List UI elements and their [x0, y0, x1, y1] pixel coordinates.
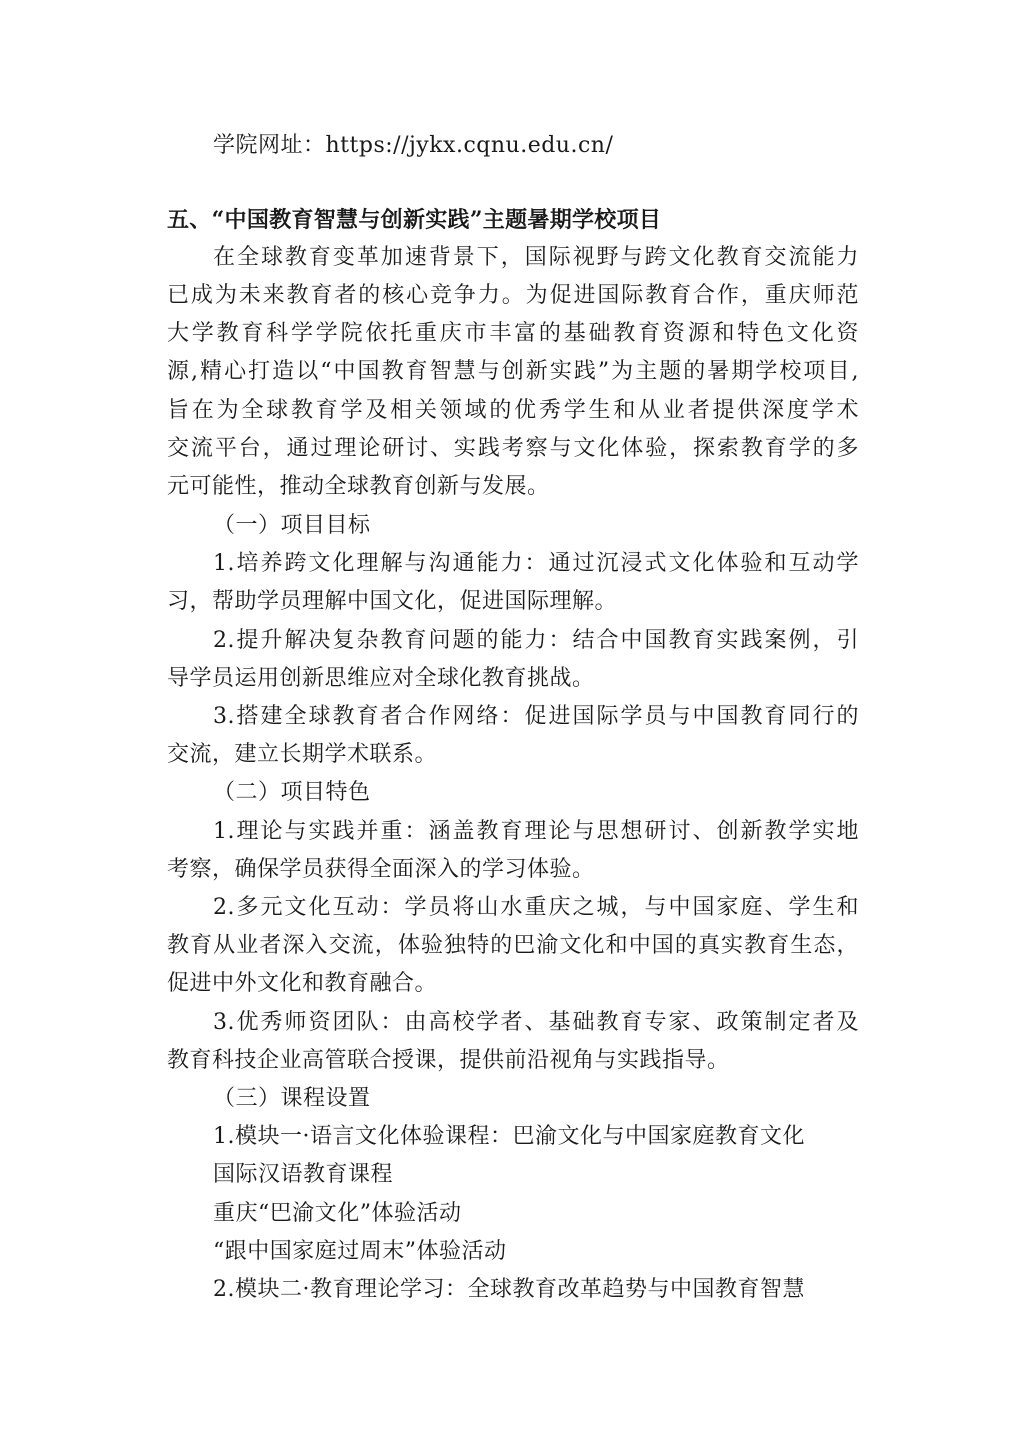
feature-item-3-line1: 3.优秀师资团队：由高校学者、基础教育专家、政策制定者及 [213, 1008, 859, 1038]
intro-line: 旨在为全球教育学及相关领域的优秀学生和从业者提供深度学术 [167, 396, 859, 426]
feature-item-1-line1: 1.理论与实践并重：涵盖教育理论与思想研讨、创新教学实地 [213, 817, 859, 847]
goal-item-1-line2: 习，帮助学员理解中国文化，促进国际理解。 [167, 587, 867, 617]
features-heading: （二）项目特色 [213, 778, 913, 808]
module-1-item: 国际汉语教育课程 [213, 1160, 913, 1190]
goal-item-3-line1: 3.搭建全球教育者合作网络：促进国际学员与中国教育同行的 [213, 702, 859, 732]
goal-item-3-line2: 交流，建立长期学术联系。 [167, 740, 867, 770]
goal-item-1-line1: 1.培养跨文化理解与沟通能力：通过沉浸式文化体验和互动学 [213, 549, 859, 579]
goals-heading: （一）项目目标 [213, 511, 913, 541]
intro-line: 交流平台，通过理论研讨、实践考察与文化体验，探索教育学的多 [167, 434, 859, 464]
module-1-item: 重庆“巴渝文化”体验活动 [213, 1199, 913, 1229]
feature-item-2-line3: 促进中外文化和教育融合。 [167, 969, 867, 999]
curriculum-heading: （三）课程设置 [213, 1084, 913, 1114]
intro-line: 大学教育科学学院依托重庆市丰富的基础教育资源和特色文化资 [167, 319, 859, 349]
module-2-title: 2.模块二·教育理论学习：全球教育改革趋势与中国教育智慧 [213, 1275, 913, 1305]
intro-line: 元可能性，推动全球教育创新与发展。 [167, 472, 867, 502]
intro-line: 已成为未来教育者的核心竞争力。为促进国际教育合作，重庆师范 [167, 281, 859, 311]
goal-item-2-line2: 导学员运用创新思维应对全球化教育挑战。 [167, 664, 867, 694]
feature-item-1-line2: 考察，确保学员获得全面深入的学习体验。 [167, 855, 867, 885]
intro-line: 源,精心打造以“中国教育智慧与创新实践”为主题的暑期学校项目, [167, 357, 859, 387]
feature-item-2-line1: 2.多元文化互动：学员将山水重庆之城，与中国家庭、学生和 [213, 893, 859, 923]
website-label: 学院网址： [213, 133, 326, 158]
document-page: 学院网址：https://jykx.cqnu.edu.cn/ 五、“中国教育智慧… [0, 0, 1024, 1448]
website-line: 学院网址：https://jykx.cqnu.edu.cn/ [213, 131, 913, 161]
website-url[interactable]: https://jykx.cqnu.edu.cn/ [326, 133, 614, 158]
section-title: 五、“中国教育智慧与创新实践”主题暑期学校项目 [167, 205, 867, 235]
intro-line: 在全球教育变革加速背景下，国际视野与跨文化教育交流能力 [213, 243, 859, 273]
goal-item-2-line1: 2.提升解决复杂教育问题的能力：结合中国教育实践案例，引 [213, 626, 859, 656]
feature-item-3-line2: 教育科技企业高管联合授课，提供前沿视角与实践指导。 [167, 1046, 867, 1076]
feature-item-2-line2: 教育从业者深入交流，体验独特的巴渝文化和中国的真实教育生态， [167, 931, 859, 961]
module-1-item: “跟中国家庭过周末”体验活动 [213, 1237, 913, 1267]
module-1-title: 1.模块一·语言文化体验课程：巴渝文化与中国家庭教育文化 [213, 1122, 913, 1152]
